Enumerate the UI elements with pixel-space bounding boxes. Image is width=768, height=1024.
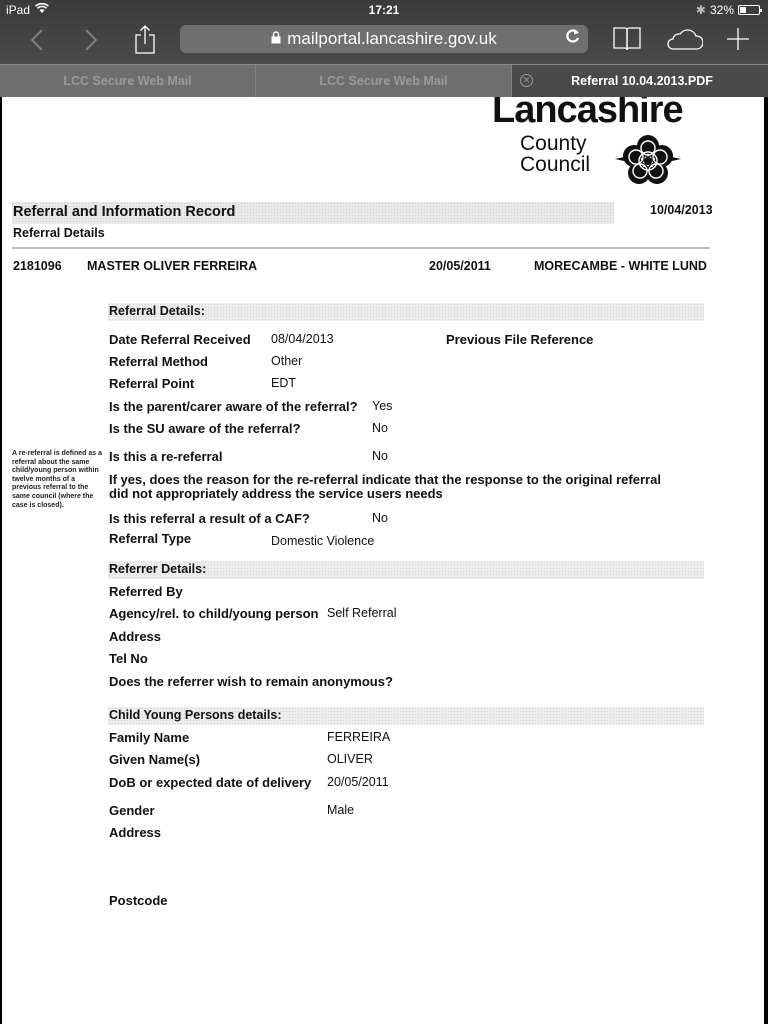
label-caf: Is this referral a result of a CAF?: [109, 511, 310, 526]
label-referrer-address: Address: [109, 629, 161, 644]
section-heading-child: Child Young Persons details:: [109, 708, 281, 722]
label-dob: DoB or expected date of delivery: [109, 775, 311, 790]
value-gender: Male: [327, 803, 354, 817]
browser-chrome: iPad 17:21 ✱ 32% mailportal.lancashire.g…: [0, 0, 768, 64]
reload-button[interactable]: [566, 28, 580, 49]
clock: 17:21: [0, 3, 768, 17]
label-postcode: Postcode: [109, 893, 168, 908]
status-bar: iPad 17:21 ✱ 32%: [0, 0, 768, 20]
label-child-address: Address: [109, 825, 161, 840]
book-icon: [613, 27, 641, 51]
section-heading-referral: Referral Details:: [109, 304, 205, 318]
share-icon: [134, 24, 156, 54]
plus-icon: [726, 27, 750, 51]
tab-bar: LCC Secure Web Mail LCC Secure Web Mail …: [0, 64, 768, 97]
label-previous-file: Previous File Reference: [446, 332, 593, 347]
label-referral-point: Referral Point: [109, 376, 194, 391]
label-referral-method: Referral Method: [109, 354, 208, 369]
value-caf: No: [372, 511, 388, 525]
value-agency: Self Referral: [327, 606, 396, 620]
label-gender: Gender: [109, 803, 155, 818]
label-agency: Agency/rel. to child/young person: [109, 606, 318, 621]
close-tab-icon[interactable]: ✕: [520, 74, 533, 87]
value-family-name: FERREIRA: [327, 730, 390, 744]
red-rose-emblem-icon: [612, 133, 684, 194]
url-text: mailportal.lancashire.gov.uk: [287, 29, 496, 49]
value-su-aware: No: [372, 421, 388, 435]
document-title: Referral and Information Record: [13, 204, 235, 220]
value-referral-type: Domestic Violence: [271, 534, 374, 548]
value-referral-point: EDT: [271, 376, 296, 390]
tab-label: LCC Secure Web Mail: [319, 74, 447, 88]
value-rereferral: No: [372, 449, 388, 463]
document-subtitle: Referral Details: [13, 226, 105, 240]
document-date: 10/04/2013: [650, 203, 713, 217]
battery-percent: 32%: [710, 3, 734, 17]
bookmarks-button[interactable]: [612, 25, 642, 53]
label-date-received: Date Referral Received: [109, 332, 251, 347]
pdf-document: Lancashire County Council Referral and I…: [2, 97, 764, 1024]
address-bar[interactable]: mailportal.lancashire.gov.uk: [180, 25, 588, 53]
chevron-left-icon: [30, 29, 44, 51]
forward-button[interactable]: [80, 26, 102, 54]
value-referral-method: Other: [271, 354, 302, 368]
label-referred-by: Referred By: [109, 584, 183, 599]
record-name: MASTER OLIVER FERREIRA: [87, 259, 257, 273]
battery-icon: [738, 5, 760, 15]
label-parent-aware: Is the parent/carer aware of the referra…: [109, 399, 358, 414]
tab-label: LCC Secure Web Mail: [63, 74, 191, 88]
label-rereferral: Is this a re-referral: [109, 449, 222, 464]
label-referral-type: Referral Type: [109, 531, 191, 546]
section-heading-referrer: Referrer Details:: [109, 562, 206, 576]
icloud-tabs-button[interactable]: [666, 26, 704, 52]
label-family-name: Family Name: [109, 730, 189, 745]
record-id: 2181096: [13, 259, 62, 273]
re-referral-note: A re-referral is defined as a referral a…: [12, 450, 106, 510]
value-date-received: 08/04/2013: [271, 332, 334, 346]
label-if-yes-line1: If yes, does the reason for the re-refer…: [109, 472, 661, 487]
cloud-icon: [667, 28, 703, 50]
reload-icon: [566, 28, 580, 44]
lock-icon: [271, 29, 281, 49]
safari-toolbar: mailportal.lancashire.gov.uk: [0, 20, 768, 64]
label-if-yes-line2: did not appropriately address the servic…: [109, 486, 443, 501]
tab-label: Referral 10.04.2013.PDF: [571, 74, 713, 88]
logo-lancashire: Lancashire: [492, 97, 683, 132]
value-dob: 20/05/2011: [327, 775, 389, 789]
label-su-aware: Is the SU aware of the referral?: [109, 421, 300, 436]
new-tab-button[interactable]: [725, 26, 751, 52]
divider: [12, 247, 710, 249]
tab-secure-web-mail-1[interactable]: LCC Secure Web Mail: [0, 65, 256, 97]
tab-referral-pdf[interactable]: ✕ Referral 10.04.2013.PDF: [512, 65, 768, 97]
value-parent-aware: Yes: [372, 399, 392, 413]
logo-county: County: [520, 133, 587, 154]
share-button[interactable]: [132, 23, 158, 55]
bluetooth-icon: ✱: [696, 3, 706, 17]
label-tel-no: Tel No: [109, 651, 148, 666]
back-button[interactable]: [26, 26, 48, 54]
label-given-name: Given Name(s): [109, 752, 200, 767]
logo-council: Council: [520, 154, 590, 175]
record-dob: 20/05/2011: [429, 259, 491, 273]
label-anonymous: Does the referrer wish to remain anonymo…: [109, 674, 393, 689]
tab-secure-web-mail-2[interactable]: LCC Secure Web Mail: [256, 65, 512, 97]
value-given-name: OLIVER: [327, 752, 373, 766]
record-location: MORECAMBE - WHITE LUND: [534, 259, 707, 273]
chevron-right-icon: [84, 29, 98, 51]
